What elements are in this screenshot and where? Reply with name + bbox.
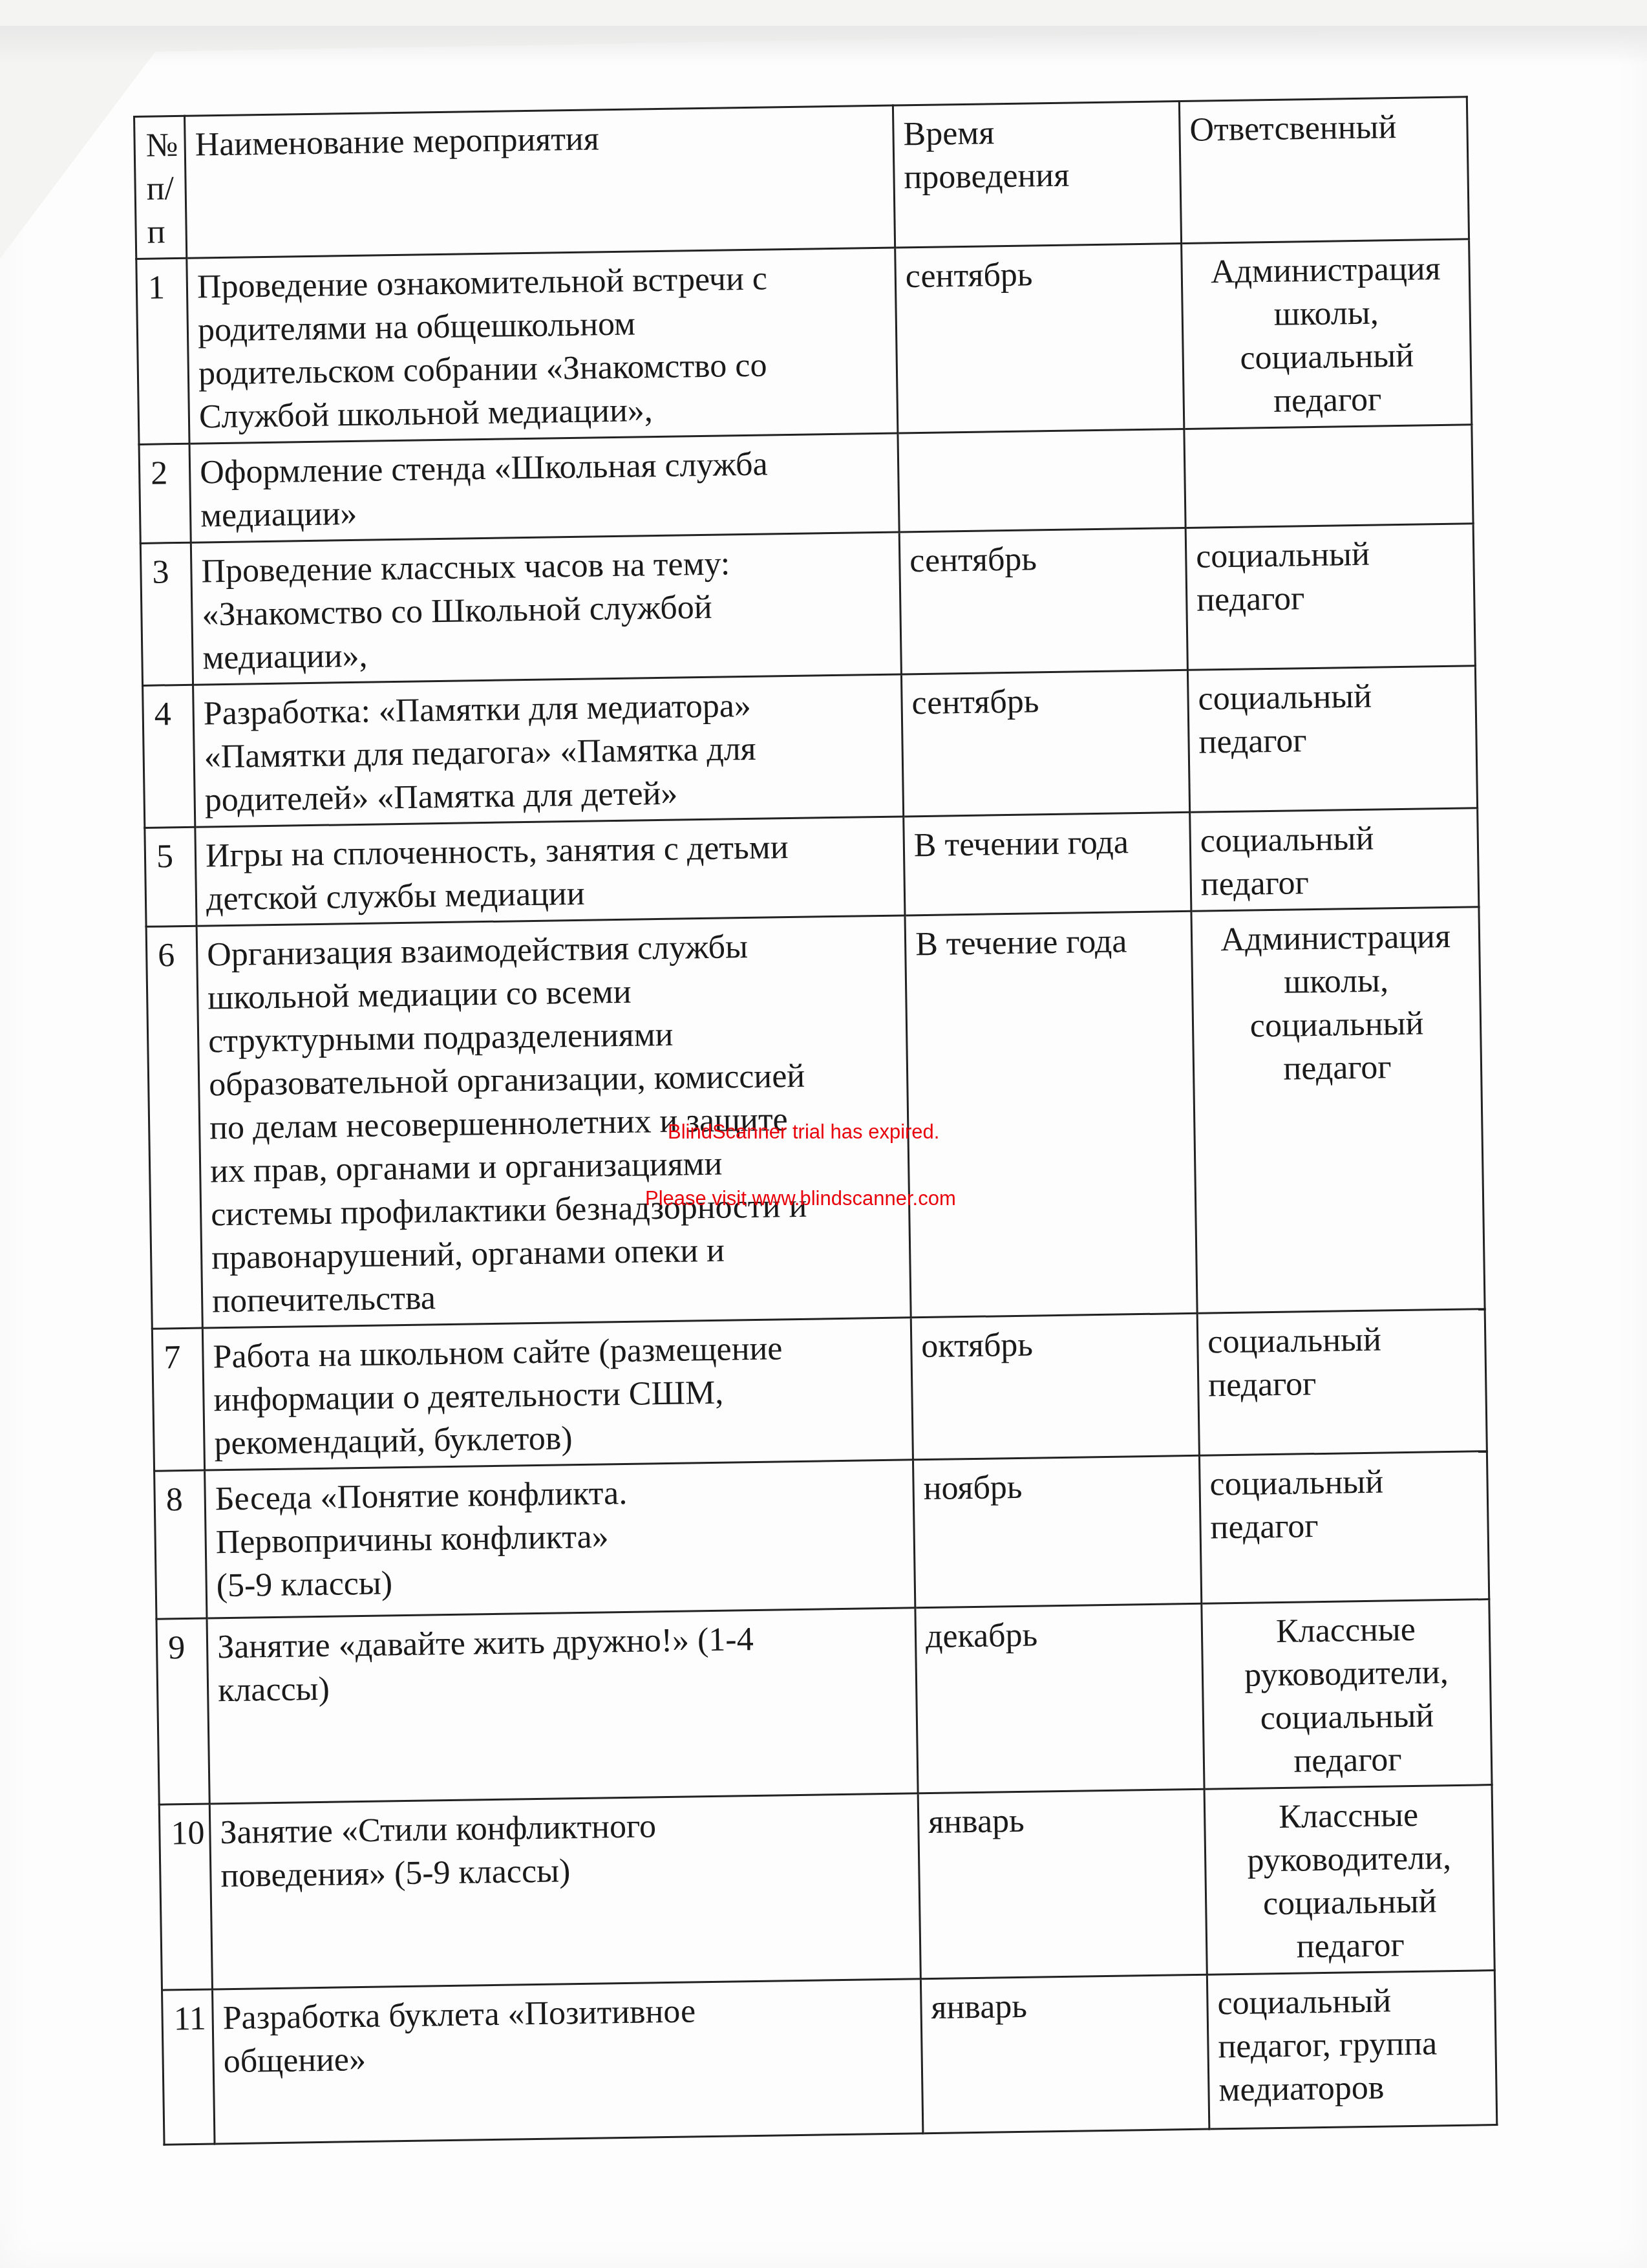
event-time: В течении года bbox=[904, 812, 1191, 915]
table-row: 2Оформление стенда «Школьная службамедиа… bbox=[139, 425, 1473, 544]
event-time: декабрь bbox=[915, 1603, 1204, 1793]
event-name-line: Службой школьной медиации», bbox=[198, 385, 887, 439]
table-header-row: № п/п Наименование мероприятия Время про… bbox=[134, 97, 1469, 259]
responsible-line: педагог bbox=[1208, 1360, 1476, 1407]
event-name: Проведение ознакомительной встречи сроди… bbox=[187, 248, 898, 444]
event-responsible: социальныйпедагог, группамедиаторов bbox=[1207, 1971, 1496, 2130]
event-responsible: социальныйпедагог bbox=[1185, 524, 1475, 670]
responsible-line: социальный bbox=[1213, 1693, 1481, 1740]
event-time: сентябрь bbox=[895, 243, 1184, 433]
watermark-line-1: BlindScanner trial has expired. bbox=[668, 1120, 939, 1144]
table-row: 5Игры на сплоченность, занятия с детьмид… bbox=[145, 808, 1479, 927]
row-number: 3 bbox=[140, 542, 193, 685]
header-event-name: Наименование мероприятия bbox=[185, 105, 895, 258]
event-name: Беседа «Понятие конфликта.Первопричины к… bbox=[205, 1460, 915, 1618]
responsible-line: социальный bbox=[1217, 1978, 1485, 2025]
responsible-line: Администрация bbox=[1191, 247, 1460, 294]
header-time: Время проведения bbox=[893, 101, 1181, 248]
event-responsible: социальныйпедагог bbox=[1187, 666, 1477, 813]
event-time: ноябрь bbox=[913, 1455, 1201, 1608]
responsible-line: Администрация bbox=[1202, 914, 1470, 961]
header-number-line: № bbox=[145, 123, 175, 167]
event-name: Игры на сплоченность, занятия с детьмиде… bbox=[195, 817, 905, 926]
event-responsible: социальныйпедагог bbox=[1190, 808, 1479, 912]
responsible-line: социальный bbox=[1207, 1316, 1476, 1364]
responsible-line: педагог bbox=[1200, 859, 1469, 906]
responsible-line: педагог bbox=[1217, 1922, 1485, 1969]
responsible-line: медиаторов bbox=[1218, 2064, 1487, 2112]
row-number: 4 bbox=[143, 685, 195, 828]
event-name-line: детской службы медиации bbox=[206, 868, 895, 921]
event-time: В течение года bbox=[905, 911, 1197, 1318]
event-time: январь bbox=[918, 1789, 1207, 1979]
row-number: 8 bbox=[154, 1470, 207, 1619]
table-row: 7Работа на школьном сайте (размещениеинф… bbox=[152, 1309, 1487, 1471]
event-responsible: Администрацияшколы,социальныйпедагог bbox=[1182, 239, 1472, 429]
responsible-line: социальный bbox=[1200, 815, 1468, 862]
event-name-line: рекомендаций, буклетов) bbox=[214, 1412, 903, 1466]
responsible-line: руководители, bbox=[1212, 1650, 1480, 1697]
responsible-line: Классные bbox=[1215, 1792, 1483, 1839]
table-row: 4Разработка: «Памятки для медиатора»«Пам… bbox=[143, 666, 1478, 828]
responsible-line: педагог bbox=[1210, 1502, 1478, 1549]
row-number: 9 bbox=[156, 1618, 209, 1804]
event-responsible: социальныйпедагог bbox=[1197, 1309, 1487, 1456]
event-name-line: родителей» «Памятка для детей» bbox=[204, 769, 893, 822]
event-name: Разработка: «Памятки для медиатора»«Памя… bbox=[193, 674, 904, 827]
header-time-line: Время bbox=[903, 109, 1170, 156]
responsible-line: социальный bbox=[1209, 1459, 1478, 1506]
table-row: 3Проведение классных часов на тему:«Знак… bbox=[140, 524, 1475, 686]
table-row: 6Организация взаимодействия службышкольн… bbox=[146, 907, 1485, 1329]
event-responsible bbox=[1184, 425, 1473, 528]
responsible-line: школы, bbox=[1192, 290, 1460, 337]
responsible-line: школы, bbox=[1202, 957, 1471, 1005]
event-time bbox=[898, 429, 1185, 532]
event-time: сентябрь bbox=[901, 670, 1189, 817]
event-name: Оформление стенда «Школьная службамедиац… bbox=[189, 433, 899, 542]
event-name: Разработка буклета «Позитивноеобщение» bbox=[213, 1979, 923, 2144]
event-responsible: социальныйпедагог bbox=[1199, 1451, 1489, 1604]
responsible-line: социальный bbox=[1216, 1879, 1484, 1926]
responsible-line: педагог bbox=[1193, 377, 1461, 424]
header-responsible: Ответсвенный bbox=[1179, 97, 1469, 244]
responsible-line: социальный bbox=[1203, 1001, 1471, 1048]
responsible-line: социальный bbox=[1193, 334, 1461, 381]
responsible-line: социальный bbox=[1198, 674, 1466, 721]
event-time: январь bbox=[920, 1974, 1209, 2134]
header-number: № п/п bbox=[134, 116, 187, 259]
event-name: Занятие «Стили конфликтногоповедения» (5… bbox=[209, 1793, 920, 1989]
table-row: 8Беседа «Понятие конфликта.Первопричины … bbox=[154, 1451, 1489, 1620]
event-name-line: медиации» bbox=[200, 484, 889, 538]
header-time-line: проведения bbox=[904, 152, 1171, 199]
event-time: сентябрь bbox=[899, 528, 1187, 674]
table-row: 9Занятие «давайте жить дружно!» (1-4клас… bbox=[156, 1599, 1492, 1805]
responsible-line: педагог bbox=[1213, 1737, 1482, 1784]
event-responsible: Администрацияшколы,социальныйпедагог bbox=[1191, 907, 1485, 1314]
responsible-line: Классные bbox=[1211, 1607, 1480, 1654]
row-number: 7 bbox=[152, 1328, 204, 1471]
row-number: 10 bbox=[159, 1804, 212, 1990]
table-row: 11Разработка буклета «Позитивноеобщение»… bbox=[162, 1971, 1497, 2145]
event-name: Проведение классных часов на тему:«Знако… bbox=[191, 532, 901, 685]
row-number: 6 bbox=[146, 926, 202, 1329]
event-time: октябрь bbox=[911, 1313, 1199, 1460]
watermark-line-2: Please visit www.blindscanner.com bbox=[645, 1187, 956, 1210]
row-number: 11 bbox=[162, 1989, 215, 2145]
responsible-line: руководители, bbox=[1215, 1835, 1483, 1883]
responsible-line: педагог bbox=[1196, 575, 1465, 622]
table-row: 10Занятие «Стили конфликтногоповедения» … bbox=[159, 1785, 1494, 1991]
responsible-line: педагог bbox=[1204, 1044, 1472, 1091]
header-number-line: п/п bbox=[146, 167, 176, 254]
event-responsible: Классныеруководители,социальныйпедагог bbox=[1204, 1785, 1494, 1975]
row-number: 5 bbox=[145, 827, 197, 926]
event-name: Занятие «давайте жить дружно!» (1-4класс… bbox=[207, 1608, 918, 1804]
table-row: 1Проведение ознакомительной встречи срод… bbox=[136, 239, 1472, 445]
responsible-line: педагог bbox=[1198, 717, 1467, 764]
row-number: 2 bbox=[139, 444, 191, 543]
responsible-line: социальный bbox=[1196, 531, 1464, 579]
responsible-line: педагог, группа bbox=[1218, 2021, 1486, 2068]
row-number: 1 bbox=[136, 258, 189, 444]
event-responsible: Классныеруководители,социальныйпедагог bbox=[1202, 1599, 1492, 1790]
event-name: Работа на школьном сайте (размещениеинфо… bbox=[202, 1318, 913, 1470]
